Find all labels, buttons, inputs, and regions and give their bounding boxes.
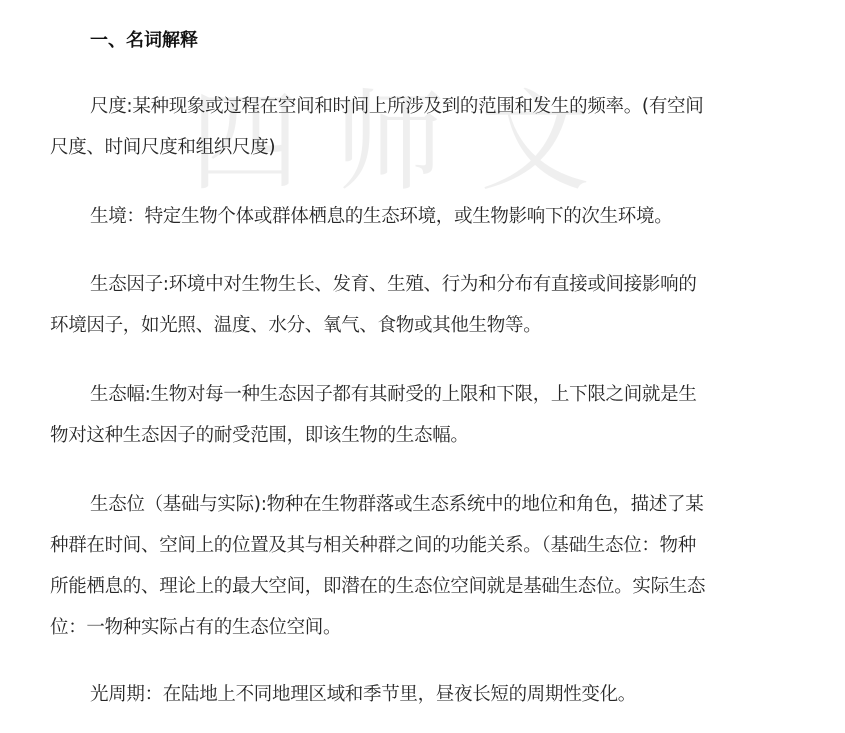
- paragraph-line: 种群在时间、空间上的位置及其与相关种群之间的功能关系。（基础生态位：物种: [50, 525, 790, 566]
- definition-photoperiod: 光周期：在陆地上不同地理区域和季节里，昼夜长短的周期性变化。: [50, 674, 790, 715]
- paragraph-line: 生态幅:生物对每一种生态因子都有其耐受的上限和下限，上下限之间就是生: [50, 374, 790, 415]
- definition-scale: 尺度:某种现象或过程在空间和时间上所涉及到的范围和发生的频率。(有空间 尺度、时…: [50, 86, 790, 168]
- definition-niche: 生态位（基础与实际):物种在生物群落或生态系统中的地位和角色，描述了某 种群在时…: [50, 484, 790, 648]
- definition-ecological-factor: 生态因子:环境中对生物生长、发育、生殖、行为和分布有直接或间接影响的 环境因子，…: [50, 264, 790, 346]
- paragraph-line: 生态因子:环境中对生物生长、发育、生殖、行为和分布有直接或间接影响的: [50, 264, 790, 305]
- paragraph-line: 所能栖息的、理论上的最大空间，即潜在的生态位空间就是基础生态位。实际生态: [50, 566, 790, 607]
- paragraph-line: 生境：特定生物个体或群体栖息的生态环境，或生物影响下的次生环境。: [50, 196, 790, 237]
- definition-habitat: 生境：特定生物个体或群体栖息的生态环境，或生物影响下的次生环境。: [50, 196, 790, 237]
- paragraph-line: 生态位（基础与实际):物种在生物群落或生态系统中的地位和角色，描述了某: [50, 484, 790, 525]
- paragraph-line: 物对这种生态因子的耐受范围，即该生物的生态幅。: [50, 415, 790, 456]
- paragraph-line: 尺度、时间尺度和组织尺度): [50, 127, 790, 168]
- paragraph-line: 位：一物种实际占有的生态位空间。: [50, 607, 790, 648]
- paragraph-line: 尺度:某种现象或过程在空间和时间上所涉及到的范围和发生的频率。(有空间: [50, 86, 790, 127]
- paragraph-line: 环境因子，如光照、温度、水分、氧气、食物或其他生物等。: [50, 305, 790, 346]
- definition-ecological-amplitude: 生态幅:生物对每一种生态因子都有其耐受的上限和下限，上下限之间就是生 物对这种生…: [50, 374, 790, 456]
- paragraph-line: 光周期：在陆地上不同地理区域和季节里，昼夜长短的周期性变化。: [50, 674, 790, 715]
- section-heading: 一、名词解释: [90, 26, 198, 52]
